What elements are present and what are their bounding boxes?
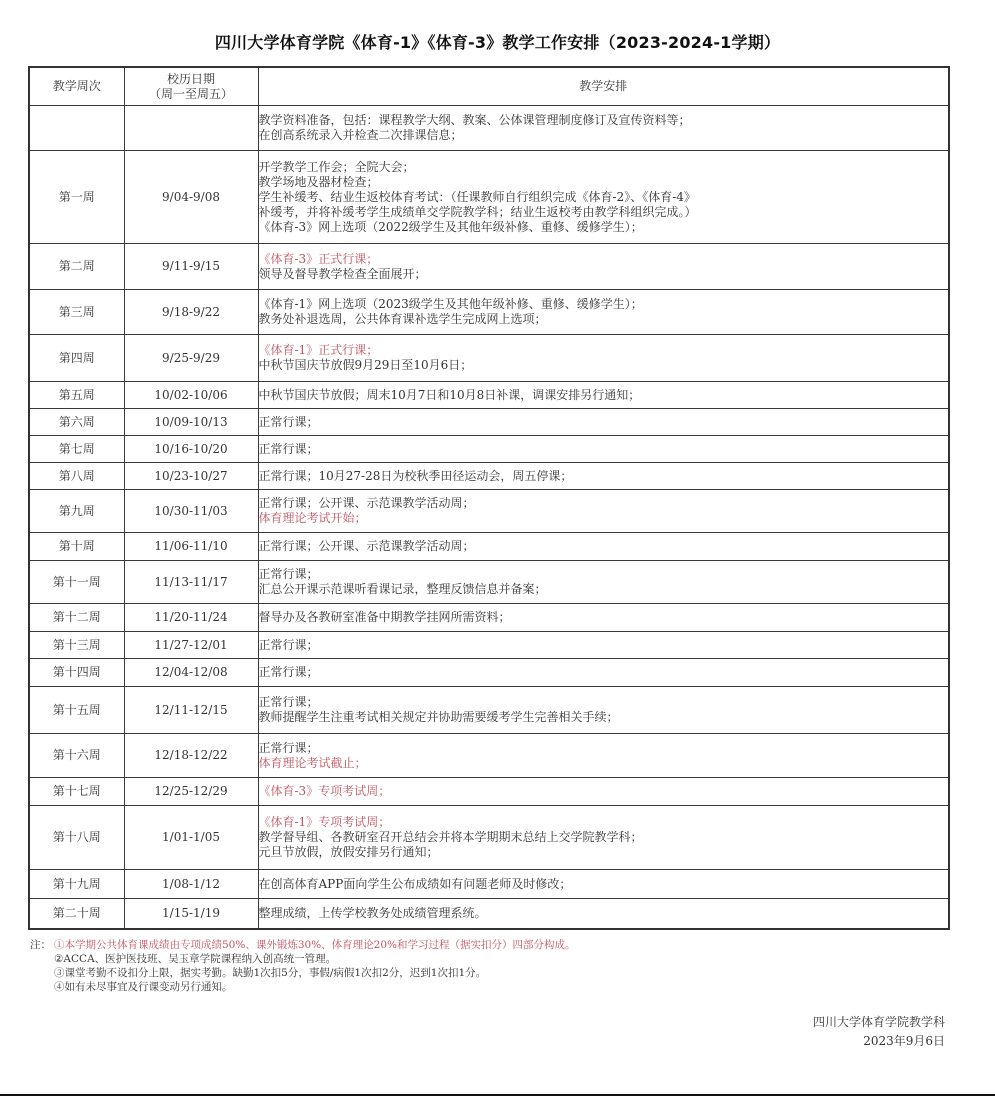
- plan-cell: 正常行课；10月27-28日为校秋季田径运动会，周五停课；: [258, 463, 949, 490]
- week-cell: 第十四周: [29, 659, 124, 687]
- table-row: 第十二周11/20-11/24督导办及各教研室准备中期教学挂网所需资料；: [29, 604, 949, 632]
- plan-line: 教学督导组、各教研室召开总结会并将本学期期末总结上交学院教学科；: [259, 830, 949, 845]
- date-cell: 1/08-1/12: [124, 870, 258, 899]
- signature-block: 四川大学体育学院教学科 2023年9月6日: [813, 1013, 945, 1051]
- plan-line: 领导及督导教学检查全面展开；: [259, 267, 949, 282]
- plan-line: 体育理论考试截止；: [259, 756, 949, 771]
- table-row: 第四周9/25-9/29《体育-1》正式行课；中秋节国庆节放假9月29日至10月…: [29, 335, 949, 382]
- plan-line: 正常行课；公开课、示范课教学活动周；: [259, 496, 949, 511]
- plan-line: 教学资料准备，包括：课程教学大纲、教案、公体课管理制度修订及宣传资料等；: [259, 113, 949, 128]
- plan-cell: 《体育-3》正式行课；领导及督导教学检查全面展开；: [258, 244, 949, 290]
- plan-line: 《体育-1》正式行课；: [259, 343, 949, 358]
- note-item-1: ①本学期公共体育课成绩由专项成绩50%、课外锻炼30%、体育理论20%和学习过程…: [54, 938, 576, 952]
- table-row: 第十周11/06-11/10正常行课；公开课、示范课教学活动周；: [29, 533, 949, 561]
- notes-label: 注：: [30, 938, 54, 952]
- schedule-table: 教学周次 校历日期 （周一至周五） 教学安排 教学资料准备，包括：课程教学大纲、…: [28, 66, 950, 930]
- plan-line: 正常行课；: [259, 741, 949, 756]
- note-item-4: ④如有未尽事宜及行课变动另行通知。: [54, 980, 233, 994]
- table-row: 第十一周11/13-11/17正常行课；汇总公开课示范课听看课记录，整理反馈信息…: [29, 561, 949, 604]
- plan-cell: 《体育-3》专项考试周；: [258, 778, 949, 806]
- plan-line: 教学场地及器材检查；: [259, 175, 949, 190]
- plan-line: 汇总公开课示范课听看课记录，整理反馈信息并备案；: [259, 582, 949, 597]
- date-cell: 1/01-1/05: [124, 806, 258, 870]
- table-header-row: 教学周次 校历日期 （周一至周五） 教学安排: [29, 67, 949, 106]
- week-cell: 第七周: [29, 436, 124, 463]
- table-row: 第二十周1/15-1/19整理成绩，上传学校教务处成绩管理系统。: [29, 899, 949, 929]
- plan-line: 正常行课；公开课、示范课教学活动周；: [259, 539, 949, 554]
- bottom-divider: [0, 1094, 995, 1096]
- plan-cell: 督导办及各教研室准备中期教学挂网所需资料；: [258, 604, 949, 632]
- table-row: 第十七周12/25-12/29《体育-3》专项考试周；: [29, 778, 949, 806]
- table-row: 第五周10/02-10/06中秋节国庆节放假；周末10月7日和10月8日补课，调…: [29, 382, 949, 409]
- date-cell: 12/25-12/29: [124, 778, 258, 806]
- table-row: 第十三周11/27-12/01正常行课；: [29, 632, 949, 659]
- plan-line: 《体育-3》网上选项（2022级学生及其他年级补修、重修、缓修学生）；: [259, 220, 949, 235]
- week-cell: 第十周: [29, 533, 124, 561]
- plan-cell: 中秋节国庆节放假；周末10月7日和10月8日补课，调课安排另行通知；: [258, 382, 949, 409]
- plan-line: 正常行课；: [259, 415, 949, 430]
- table-row: 第一周9/04-9/08开学教学工作会；全院大会；教学场地及器材检查；学生补缓考…: [29, 151, 949, 244]
- week-cell: 第十二周: [29, 604, 124, 632]
- plan-cell: 正常行课；公开课、示范课教学活动周；体育理论考试开始；: [258, 490, 949, 533]
- plan-cell: 开学教学工作会；全院大会；教学场地及器材检查；学生补缓考、结业生返校体育考试：（…: [258, 151, 949, 244]
- week-cell: 第十一周: [29, 561, 124, 604]
- plan-line: 正常行课；: [259, 695, 949, 710]
- date-cell: 10/30-11/03: [124, 490, 258, 533]
- note-row: ②ACCA、医护医技班、吴玉章学院课程纳入创高统一管理。: [30, 952, 950, 966]
- note-row: 注： ①本学期公共体育课成绩由专项成绩50%、课外锻炼30%、体育理论20%和学…: [30, 938, 950, 952]
- plan-cell: 《体育-1》专项考试周；教学督导组、各教研室召开总结会并将本学期期末总结上交学院…: [258, 806, 949, 870]
- header-date-line1: 校历日期: [125, 72, 258, 87]
- plan-line: 补缓考，并将补缓考学生成绩单交学院教学科；结业生返校考由教学科组织完成。）: [259, 205, 949, 220]
- plan-cell: 正常行课；: [258, 659, 949, 687]
- plan-cell: 正常行课；公开课、示范课教学活动周；: [258, 533, 949, 561]
- date-cell: 11/27-12/01: [124, 632, 258, 659]
- date-cell: 9/04-9/08: [124, 151, 258, 244]
- plan-line: 正常行课；10月27-28日为校秋季田径运动会，周五停课；: [259, 469, 949, 484]
- date-cell: 1/15-1/19: [124, 899, 258, 929]
- table-row: 第十六周12/18-12/22正常行课；体育理论考试截止；: [29, 734, 949, 778]
- header-date-line2: （周一至周五）: [125, 87, 258, 102]
- date-cell: 9/18-9/22: [124, 290, 258, 335]
- plan-line: 教师提醒学生注重考试相关规定并协助需要缓考学生完善相关手续；: [259, 710, 949, 725]
- header-plan: 教学安排: [258, 67, 949, 106]
- table-row: 第三周9/18-9/22《体育-1》网上选项（2023级学生及其他年级补修、重修…: [29, 290, 949, 335]
- header-week: 教学周次: [29, 67, 124, 106]
- week-cell: 第三周: [29, 290, 124, 335]
- plan-line: 《体育-3》正式行课；: [259, 252, 949, 267]
- date-cell: 10/09-10/13: [124, 409, 258, 436]
- plan-line: 中秋节国庆节放假；周末10月7日和10月8日补课，调课安排另行通知；: [259, 388, 949, 403]
- date-cell: 12/11-12/15: [124, 687, 258, 734]
- plan-line: 在创高体育APP面向学生公布成绩如有问题老师及时修改；: [259, 877, 949, 892]
- date-cell: 11/20-11/24: [124, 604, 258, 632]
- date-cell: 11/13-11/17: [124, 561, 258, 604]
- plan-line: 教务处补退选周，公共体育课补选学生完成网上选项；: [259, 312, 949, 327]
- plan-cell: 《体育-1》正式行课；中秋节国庆节放假9月29日至10月6日；: [258, 335, 949, 382]
- document-title: 四川大学体育学院《体育-1》《体育-3》教学工作安排（2023-2024-1学期…: [0, 30, 995, 53]
- week-cell: 第十七周: [29, 778, 124, 806]
- week-cell: 第九周: [29, 490, 124, 533]
- plan-line: 学生补缓考、结业生返校体育考试：（任课教师自行组织完成《体育-2》、《体育-4》: [259, 190, 949, 205]
- week-cell: 第二十周: [29, 899, 124, 929]
- plan-cell: 正常行课；: [258, 436, 949, 463]
- plan-line: 正常行课；: [259, 442, 949, 457]
- plan-cell: 在创高体育APP面向学生公布成绩如有问题老师及时修改；: [258, 870, 949, 899]
- plan-line: 整理成绩，上传学校教务处成绩管理系统。: [259, 906, 949, 921]
- signature-date: 2023年9月6日: [813, 1032, 945, 1051]
- date-cell: [124, 106, 258, 151]
- table-row: 第十五周12/11-12/15正常行课；教师提醒学生注重考试相关规定并协助需要缓…: [29, 687, 949, 734]
- date-cell: 11/06-11/10: [124, 533, 258, 561]
- note-item-2: ②ACCA、医护医技班、吴玉章学院课程纳入创高统一管理。: [54, 952, 336, 966]
- plan-line: 《体育-3》专项考试周；: [259, 784, 949, 799]
- date-cell: 9/25-9/29: [124, 335, 258, 382]
- table-row: 教学资料准备，包括：课程教学大纲、教案、公体课管理制度修订及宣传资料等；在创高系…: [29, 106, 949, 151]
- table-row: 第十四周12/04-12/08正常行课；: [29, 659, 949, 687]
- signature-org: 四川大学体育学院教学科: [813, 1013, 945, 1032]
- plan-line: 《体育-1》网上选项（2023级学生及其他年级补修、重修、缓修学生）；: [259, 297, 949, 312]
- week-cell: 第十三周: [29, 632, 124, 659]
- plan-cell: 教学资料准备，包括：课程教学大纲、教案、公体课管理制度修订及宣传资料等；在创高系…: [258, 106, 949, 151]
- notes-section: 注： ①本学期公共体育课成绩由专项成绩50%、课外锻炼30%、体育理论20%和学…: [30, 938, 950, 994]
- table-row: 第七周10/16-10/20正常行课；: [29, 436, 949, 463]
- table-row: 第十九周1/08-1/12在创高体育APP面向学生公布成绩如有问题老师及时修改；: [29, 870, 949, 899]
- week-cell: 第二周: [29, 244, 124, 290]
- plan-line: 体育理论考试开始；: [259, 511, 949, 526]
- plan-line: 督导办及各教研室准备中期教学挂网所需资料；: [259, 610, 949, 625]
- week-cell: [29, 106, 124, 151]
- table-row: 第十八周1/01-1/05《体育-1》专项考试周；教学督导组、各教研室召开总结会…: [29, 806, 949, 870]
- week-cell: 第四周: [29, 335, 124, 382]
- schedule-body: 教学资料准备，包括：课程教学大纲、教案、公体课管理制度修订及宣传资料等；在创高系…: [29, 106, 949, 929]
- date-cell: 10/02-10/06: [124, 382, 258, 409]
- table-row: 第八周10/23-10/27正常行课；10月27-28日为校秋季田径运动会，周五…: [29, 463, 949, 490]
- plan-line: 《体育-1》专项考试周；: [259, 815, 949, 830]
- week-cell: 第十八周: [29, 806, 124, 870]
- plan-line: 开学教学工作会；全院大会；: [259, 160, 949, 175]
- table-row: 第二周9/11-9/15《体育-3》正式行课；领导及督导教学检查全面展开；: [29, 244, 949, 290]
- note-item-3: ③课堂考勤不设扣分上限，据实考勤。缺勤1次扣5分，事假/病假1次扣2分，迟到1次…: [54, 966, 486, 980]
- table-row: 第九周10/30-11/03正常行课；公开课、示范课教学活动周；体育理论考试开始…: [29, 490, 949, 533]
- week-cell: 第八周: [29, 463, 124, 490]
- date-cell: 10/23-10/27: [124, 463, 258, 490]
- plan-line: 正常行课；: [259, 665, 949, 680]
- plan-cell: 正常行课；: [258, 409, 949, 436]
- week-cell: 第六周: [29, 409, 124, 436]
- week-cell: 第十六周: [29, 734, 124, 778]
- note-row: ③课堂考勤不设扣分上限，据实考勤。缺勤1次扣5分，事假/病假1次扣2分，迟到1次…: [30, 966, 950, 980]
- header-date: 校历日期 （周一至周五）: [124, 67, 258, 106]
- week-cell: 第一周: [29, 151, 124, 244]
- table-row: 第六周10/09-10/13正常行课；: [29, 409, 949, 436]
- plan-cell: 正常行课；: [258, 632, 949, 659]
- plan-line: 元旦节放假，放假安排另行通知；: [259, 845, 949, 860]
- plan-line: 中秋节国庆节放假9月29日至10月6日；: [259, 358, 949, 373]
- date-cell: 12/18-12/22: [124, 734, 258, 778]
- plan-line: 在创高系统录入并检查二次排课信息；: [259, 128, 949, 143]
- note-row: ④如有未尽事宜及行课变动另行通知。: [30, 980, 950, 994]
- week-cell: 第十五周: [29, 687, 124, 734]
- plan-cell: 《体育-1》网上选项（2023级学生及其他年级补修、重修、缓修学生）；教务处补退…: [258, 290, 949, 335]
- week-cell: 第十九周: [29, 870, 124, 899]
- plan-line: 正常行课；: [259, 567, 949, 582]
- date-cell: 9/11-9/15: [124, 244, 258, 290]
- week-cell: 第五周: [29, 382, 124, 409]
- plan-cell: 正常行课；汇总公开课示范课听看课记录，整理反馈信息并备案；: [258, 561, 949, 604]
- date-cell: 10/16-10/20: [124, 436, 258, 463]
- plan-cell: 正常行课；体育理论考试截止；: [258, 734, 949, 778]
- plan-cell: 正常行课；教师提醒学生注重考试相关规定并协助需要缓考学生完善相关手续；: [258, 687, 949, 734]
- plan-cell: 整理成绩，上传学校教务处成绩管理系统。: [258, 899, 949, 929]
- date-cell: 12/04-12/08: [124, 659, 258, 687]
- plan-line: 正常行课；: [259, 638, 949, 653]
